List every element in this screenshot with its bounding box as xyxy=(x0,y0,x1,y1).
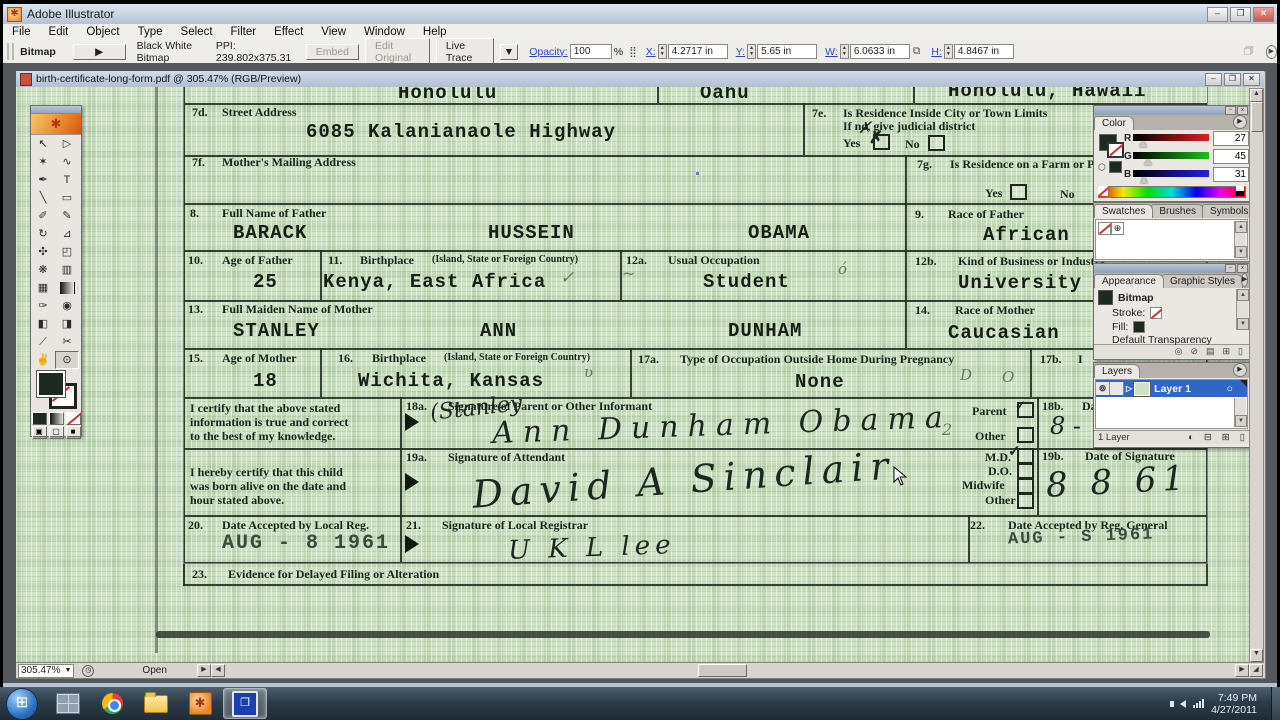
scroll-down-icon[interactable]: ▼ xyxy=(1235,246,1247,258)
tool-live-paint-selection[interactable]: ◨ xyxy=(55,315,79,333)
field-13-label: Full Maiden Name of Mother xyxy=(222,302,373,317)
layer-thumbnail xyxy=(1134,382,1150,396)
appearance-fill-swatch[interactable] xyxy=(1133,321,1145,333)
x-input[interactable]: 4.2717 in xyxy=(668,44,728,59)
field-7e-no-label: No xyxy=(905,137,920,152)
cert-line xyxy=(630,348,632,397)
field-20-value: AUG - 8 1961 xyxy=(222,532,390,555)
field-7e-no: 7e. xyxy=(812,106,826,121)
taskbar-clock[interactable]: 7:49 PM 4/27/2011 xyxy=(1211,692,1257,716)
embed-button[interactable]: Embed xyxy=(306,44,359,60)
document-statusbar: 305.47%▼ ◷ Open ▶ ◀ ▶ ◢ xyxy=(16,662,1264,678)
field-14-no: 14. xyxy=(915,303,930,318)
field-17a-value: None xyxy=(795,371,845,393)
field-17a-label: Type of Occupation Outside Home During P… xyxy=(680,352,954,367)
percent-sign: % xyxy=(614,46,623,58)
brushes-panel-icon[interactable]: 🗇 xyxy=(1244,43,1254,61)
field-20-no: 20. xyxy=(188,518,203,533)
field-18a-parent-mark: ✓ xyxy=(1015,398,1026,414)
document-titlebar[interactable]: birth-certificate-long-form.pdf @ 305.47… xyxy=(16,71,1264,87)
hscroll-thumb[interactable] xyxy=(698,664,747,677)
field-15-label: Age of Mother xyxy=(222,351,297,366)
field-7e-no-checkbox xyxy=(928,135,945,151)
field-7g-no-label: No xyxy=(1060,187,1075,202)
panel-minimize-icon[interactable]: – xyxy=(1225,264,1236,273)
layer-expand-icon[interactable]: ▷ xyxy=(1126,384,1132,393)
vertical-scrollbar[interactable]: ▲ ▼ xyxy=(1249,88,1264,663)
tool-blend[interactable]: ◉ xyxy=(55,297,79,315)
field-23-label: Evidence for Delayed Filing or Alteratio… xyxy=(228,567,439,582)
menu-select[interactable]: Select xyxy=(172,25,222,39)
layer-name[interactable]: Layer 1 xyxy=(1154,383,1191,395)
field-18a-other-label: Other xyxy=(975,429,1006,444)
reduce-to-basic-icon[interactable]: ▤ xyxy=(1206,346,1215,357)
layer-target-icon[interactable]: ○ xyxy=(1227,383,1233,395)
selection-bottom-edge xyxy=(183,563,1208,564)
swatch-registration[interactable]: ⊕ xyxy=(1111,222,1124,235)
field-19a-midwife-label: Midwife xyxy=(962,478,1005,493)
field-9-label: Race of Father xyxy=(948,207,1024,222)
resize-grip[interactable]: ◢ xyxy=(1249,664,1263,677)
cert-line xyxy=(905,155,907,348)
panel-close-icon[interactable]: x xyxy=(1237,264,1248,273)
field-19a-midwife-checkbox xyxy=(1017,478,1034,494)
pencil-mark: 2 xyxy=(942,420,952,439)
field-17a-no: 17a. xyxy=(638,352,659,367)
tool-gradient[interactable] xyxy=(59,282,75,294)
cert-statement-2-line3: hour stated above. xyxy=(190,493,284,508)
scan-left-edge xyxy=(155,87,158,653)
color-mode-icon[interactable]: ⬡ xyxy=(1098,162,1106,173)
y-label[interactable]: Y: xyxy=(736,46,745,58)
field-16-label2: (Island, State or Foreign Country) xyxy=(444,352,590,363)
appearance-stroke-swatch[interactable] xyxy=(1150,307,1162,319)
tab-swatches[interactable]: Swatches xyxy=(1094,204,1153,218)
tab-color[interactable]: Color xyxy=(1094,116,1134,130)
field-15-no: 15. xyxy=(188,351,203,366)
signature-arrow-icon xyxy=(405,413,419,431)
scroll-up-icon[interactable]: ▲ xyxy=(1237,289,1249,301)
field-18b-value: 8 - xyxy=(1050,412,1081,440)
field-21-label: Signature of Local Registrar xyxy=(442,518,588,533)
doc-minimize-button[interactable]: – xyxy=(1205,73,1222,86)
h-label[interactable]: H: xyxy=(931,46,942,58)
field-11-no: 11. xyxy=(328,253,342,268)
app-title: Adobe Illustrator xyxy=(27,7,114,21)
field-17b-no: 17b. xyxy=(1040,352,1062,367)
color-flyout-icon[interactable]: ▶ xyxy=(1233,115,1247,129)
selection-anchor-point xyxy=(696,172,699,175)
tool-pen[interactable]: ✒ xyxy=(31,171,55,189)
appearance-item-thumb xyxy=(1098,290,1113,305)
tool-rotate[interactable]: ↻ xyxy=(31,225,55,243)
field-8-last: OBAMA xyxy=(748,222,810,244)
zoom-level-select[interactable]: 305.47%▼ xyxy=(18,664,74,678)
tool-hand[interactable]: ✌ xyxy=(31,351,55,369)
show-desktop-button[interactable] xyxy=(1271,687,1280,720)
layers-panel: Layers ▶ ⊚ ▷ Layer 1 ○ ▼ 1 Layer ◐ ⊟ ⊞ ▯ xyxy=(1093,362,1250,448)
field-17b-label: I xyxy=(1078,352,1083,367)
scroll-up-icon[interactable]: ▲ xyxy=(1235,221,1247,233)
cert-line xyxy=(1037,397,1039,515)
tool-paintbrush[interactable]: ✐ xyxy=(31,207,55,225)
edit-original-button[interactable]: Edit Original xyxy=(365,38,430,66)
pencil-mark: O xyxy=(1002,368,1014,386)
layers-flyout-icon[interactable]: ▶ xyxy=(1233,363,1247,377)
trace-preset-label: Black White Bitmap xyxy=(137,40,208,64)
appearance-panel-header: – x xyxy=(1094,264,1249,273)
appearance-transparency-label[interactable]: Default Transparency xyxy=(1112,334,1212,346)
field-12a-value: Student xyxy=(703,271,790,293)
scroll-down-icon[interactable]: ▼ xyxy=(1235,415,1247,427)
color-panel-header: – x xyxy=(1094,106,1249,115)
y-stepper[interactable]: ▲▼ xyxy=(747,44,756,59)
tool-rectangle[interactable]: ▭ xyxy=(55,189,79,207)
mouse-cursor xyxy=(893,466,907,486)
field-12b-no: 12b. xyxy=(915,254,937,269)
screen-mode-normal-button[interactable]: ▣ xyxy=(32,426,47,439)
illustrator-taskbar-icon: ✱ xyxy=(189,692,212,715)
live-trace-button[interactable]: Live Trace xyxy=(436,38,494,66)
link-dimensions-icon[interactable]: ⧉ xyxy=(913,45,921,58)
capture-app-icon: ❐ xyxy=(232,691,258,717)
toolbox-dragbar[interactable] xyxy=(31,106,81,114)
create-sublayer-icon[interactable]: ⊟ xyxy=(1204,432,1212,443)
pencil-mark: ✓ xyxy=(560,268,574,288)
field-19a-md-mark: ✓ xyxy=(1008,442,1021,461)
tool-graph[interactable]: ▥ xyxy=(55,261,79,279)
cert-line xyxy=(320,250,322,300)
tool-magic-wand[interactable]: ✶ xyxy=(31,153,55,171)
cert-line xyxy=(183,250,1207,252)
spectrum-bw-swatch[interactable] xyxy=(1236,186,1244,196)
control-bar: Bitmap ▶ Black White Bitmap PPI: 239.802… xyxy=(3,40,1277,64)
chrome-icon xyxy=(102,693,123,714)
spectrum-none-swatch[interactable] xyxy=(1098,186,1109,196)
color-stroke-swatch[interactable] xyxy=(1107,142,1124,158)
tool-symbol-sprayer[interactable]: ❋ xyxy=(31,261,55,279)
y-input[interactable]: 5.65 in xyxy=(757,44,817,59)
field-18a-no: 18a. xyxy=(406,399,427,414)
new-art-maintains-icon[interactable]: ◎ xyxy=(1175,346,1183,357)
field-7d-value: 6085 Kalanianaole Highway xyxy=(306,121,616,143)
maximize-button[interactable]: ❐ xyxy=(1230,7,1251,22)
field-19a-no: 19a. xyxy=(406,450,427,465)
field-13-last: DUNHAM xyxy=(728,320,802,342)
taskbar-illustrator[interactable]: ✱ xyxy=(179,689,221,718)
network-icon[interactable] xyxy=(1193,699,1204,708)
b-label: B xyxy=(1124,169,1131,180)
doc-close-button[interactable]: ✕ xyxy=(1243,73,1260,86)
hscroll-left-icon[interactable]: ◀ xyxy=(211,664,225,677)
tool-eyedropper[interactable]: ✑ xyxy=(31,297,55,315)
field-8-middle: HUSSEIN xyxy=(488,222,575,244)
h-input[interactable]: 4.8467 in xyxy=(954,44,1014,59)
field-7d-no: 7d. xyxy=(192,105,208,120)
cert-statement-2-line2: was born alive on the date and xyxy=(190,479,346,494)
illustrator-logo-icon: ✱ xyxy=(31,114,81,135)
scroll-up-icon[interactable]: ▲ xyxy=(1250,89,1263,102)
r-label: R xyxy=(1124,133,1131,144)
status-flyout-icon[interactable]: ▶ xyxy=(197,664,211,677)
doc-maximize-button[interactable]: ❐ xyxy=(1224,73,1241,86)
x-label[interactable]: X: xyxy=(646,46,656,58)
live-trace-presets-arrow[interactable]: ▼ xyxy=(500,44,518,60)
field-19b-value: 8 8 61 xyxy=(1045,458,1191,505)
cert-line xyxy=(1030,348,1032,397)
document-title: birth-certificate-long-form.pdf @ 305.47… xyxy=(36,73,301,85)
vscroll-thumb[interactable] xyxy=(1251,102,1263,132)
cert-line xyxy=(183,348,1207,350)
field-13-middle: ANN xyxy=(480,320,517,342)
field-18a-other-checkbox xyxy=(1017,427,1034,443)
cert-line xyxy=(183,584,1207,586)
field-7f-no: 7f. xyxy=(192,155,205,170)
field-16-value: Wichita, Kansas xyxy=(358,370,544,392)
panel-close-icon[interactable]: x xyxy=(1237,106,1248,115)
make-clipping-mask-icon[interactable]: ◐ xyxy=(1188,432,1194,443)
tool-slice[interactable]: ⟋ xyxy=(31,333,55,351)
color-mode-button[interactable] xyxy=(32,412,47,425)
tool-direct-selection[interactable]: ▷ xyxy=(55,135,79,153)
pdf-doc-icon xyxy=(20,73,32,86)
appearance-panel: – x Appearance Graphic Styles ▶ Bitmap S… xyxy=(1093,263,1250,360)
field-8-first: BARACK xyxy=(233,222,307,244)
clock-date: 4/27/2011 xyxy=(1211,704,1257,716)
g-label: G xyxy=(1124,151,1132,162)
appearance-stroke-label: Stroke: xyxy=(1112,307,1145,319)
menu-filter[interactable]: Filter xyxy=(222,25,266,39)
menu-type[interactable]: Type xyxy=(129,25,172,39)
cert-line xyxy=(320,348,322,397)
screen-mode-full-button[interactable]: ■ xyxy=(66,426,81,439)
field-21-no: 21. xyxy=(406,518,421,533)
layer-count: 1 Layer xyxy=(1098,432,1130,443)
tool-scissors[interactable]: ✂ xyxy=(55,333,79,351)
gradient-mode-button[interactable] xyxy=(49,412,64,425)
cert-statement-2-line1: I hereby certify that this child xyxy=(190,465,343,480)
swatches-panel: Swatches Brushes Symbols ▶ ⊕ ▲ ▼ xyxy=(1093,202,1250,262)
field-7g-yes-label: Yes xyxy=(985,186,1002,201)
g-slider[interactable] xyxy=(1133,152,1209,159)
utility-app-icon xyxy=(56,693,80,714)
tool-mesh[interactable]: ▦ xyxy=(31,279,55,297)
cert-line xyxy=(183,103,1207,105)
layer-lock-toggle[interactable] xyxy=(1110,382,1124,395)
cert-line xyxy=(183,203,1207,205)
pencil-mark: ~ xyxy=(622,264,635,283)
none-mode-button[interactable] xyxy=(66,412,81,425)
minimize-button[interactable]: – xyxy=(1207,7,1228,22)
taskbar-explorer[interactable] xyxy=(135,689,177,718)
delete-layer-icon[interactable]: ▯ xyxy=(1240,432,1245,443)
clear-appearance-icon[interactable]: ⊘ xyxy=(1190,346,1198,357)
cert-line xyxy=(657,87,659,103)
w-stepper[interactable]: ▲▼ xyxy=(840,44,849,59)
pencil-mark: ó xyxy=(838,260,847,278)
controlbar-flyout-icon[interactable]: ▶ xyxy=(1266,45,1277,59)
start-button[interactable]: ⊞ xyxy=(6,688,38,720)
field-21-signature: U K L lee xyxy=(508,530,676,566)
menu-object[interactable]: Object xyxy=(77,25,128,39)
signature-arrow-icon xyxy=(405,535,419,553)
flyout-button[interactable]: ▶ xyxy=(73,44,126,60)
menu-effect[interactable]: Effect xyxy=(265,25,312,39)
b-slider[interactable] xyxy=(1133,170,1209,177)
field-9-no: 9. xyxy=(915,207,924,222)
cert-line xyxy=(803,103,805,155)
cert-line xyxy=(913,87,915,103)
signature-arrow-icon xyxy=(405,473,419,491)
selected-object-type: Bitmap xyxy=(20,46,56,58)
clock-time: 7:49 PM xyxy=(1211,692,1257,704)
g-value[interactable]: 45 xyxy=(1213,149,1249,164)
field-7e-yes-label: Yes xyxy=(843,136,860,151)
tool-lasso[interactable]: ∿ xyxy=(55,153,79,171)
field-11-label2: (Island, State or Foreign Country) xyxy=(432,254,578,265)
cert-line xyxy=(400,397,402,562)
field-10-no: 10. xyxy=(188,253,203,268)
field-12b-label: Kind of Business or Industry xyxy=(958,254,1106,269)
layer-row[interactable]: ⊚ ▷ Layer 1 ○ xyxy=(1096,380,1247,397)
reference-point-icon[interactable]: ⣿ xyxy=(629,46,636,58)
cert-line xyxy=(183,515,1207,517)
field-14-value: Caucasian xyxy=(948,322,1060,344)
menu-edit[interactable]: Edit xyxy=(40,25,78,39)
color-panel: – x Color ▶ ⬡ R 27 G 45 B 31 xyxy=(1093,105,1250,202)
field-12a-label: Usual Occupation xyxy=(668,253,760,268)
tool-free-transform[interactable]: ◰ xyxy=(55,243,79,261)
menu-bar: File Edit Object Type Select Filter Effe… xyxy=(3,24,1277,41)
field-19a-label: Signature of Attendant xyxy=(448,450,565,465)
field-19a-other-checkbox xyxy=(1017,493,1034,509)
taskbar-app-1[interactable] xyxy=(47,689,89,718)
appearance-item-label[interactable]: Bitmap xyxy=(1118,292,1154,304)
layer-selection-corner xyxy=(1240,380,1247,387)
ppi-label: PPI: 239.802x375.31 xyxy=(216,40,293,64)
scroll-down-icon[interactable]: ▼ xyxy=(1237,318,1249,330)
selection-left-edge xyxy=(183,87,184,564)
field-22-no: 22. xyxy=(970,518,985,533)
scroll-down-icon[interactable]: ▼ xyxy=(1250,649,1263,662)
create-new-layer-icon[interactable]: ⊞ xyxy=(1222,432,1230,443)
field-8-no: 8. xyxy=(190,206,199,221)
r-slider[interactable] xyxy=(1133,134,1209,141)
toolbox-palette: ✱ ↖ ▷ ✶ ∿ ✒ T ╲ ▭ ✐ ✎ ↻ ⊿ ✣ ◰ ❋ ▥ ▦ ✑ ◉ … xyxy=(30,105,82,437)
tool-selection[interactable]: ↖ xyxy=(31,135,55,153)
color-spectrum-bar[interactable] xyxy=(1098,186,1246,198)
field-9-value: African xyxy=(983,224,1070,246)
x-stepper[interactable]: ▲▼ xyxy=(658,44,667,59)
cert-statement-1-line3: to the best of my knowledge. xyxy=(190,429,335,444)
tab-graphic-styles[interactable]: Graphic Styles xyxy=(1162,274,1243,288)
tool-zoom[interactable]: ⊙ xyxy=(55,351,79,369)
folder-icon xyxy=(144,695,168,713)
field-19a-do-label: D.O. xyxy=(988,464,1012,479)
field-13-no: 13. xyxy=(188,302,203,317)
field-11-label: Birthplace xyxy=(360,253,414,268)
field-7g-yes-checkbox xyxy=(1010,184,1027,200)
cert-statement-1-line1: I certify that the above stated xyxy=(190,401,340,416)
field-19b-no: 19b. xyxy=(1042,449,1064,464)
panel-minimize-icon[interactable]: – xyxy=(1225,106,1236,115)
close-button[interactable]: ✕ xyxy=(1253,7,1274,22)
color-preview-swatch xyxy=(1109,161,1122,173)
field-19a-other-label: Other xyxy=(985,493,1016,508)
duplicate-item-icon[interactable]: ⊞ xyxy=(1223,346,1231,357)
volume-icon[interactable] xyxy=(1180,700,1186,708)
w-input[interactable]: 6.0633 in xyxy=(850,44,910,59)
controlbar-grip[interactable] xyxy=(7,43,14,60)
pencil-mark: D xyxy=(960,366,972,384)
tool-line-segment[interactable]: ╲ xyxy=(31,189,55,207)
w-label[interactable]: W: xyxy=(825,46,838,58)
screen-mode-menu-button[interactable]: ▢ xyxy=(49,426,64,439)
tool-scale[interactable]: ⊿ xyxy=(55,225,79,243)
tool-live-paint-bucket[interactable]: ◧ xyxy=(31,315,55,333)
menu-view[interactable]: View xyxy=(312,25,355,39)
delete-item-icon[interactable]: ▯ xyxy=(1238,346,1243,357)
field-16-no: 16. xyxy=(338,351,353,366)
scan-bottom-edge xyxy=(156,631,1210,638)
appearance-fill-label: Fill: xyxy=(1112,321,1128,333)
opacity-input[interactable]: 100 xyxy=(570,44,612,59)
cert-statement-1-line2: information is true and correct xyxy=(190,415,348,430)
field-7d-label: Street Address xyxy=(222,105,297,120)
tool-type[interactable]: T xyxy=(55,171,79,189)
taskbar: ⊞ ✱ ❐ 7:49 PM 4/27/2011 xyxy=(0,687,1280,720)
field-23-no: 23. xyxy=(192,567,207,582)
field-10-value: 25 xyxy=(253,271,278,293)
field-7f-label: Mother's Mailing Address xyxy=(222,155,356,170)
hscroll-right-icon[interactable]: ▶ xyxy=(1235,664,1249,677)
field-20-label: Date Accepted by Local Reg. xyxy=(222,518,369,533)
field-12b-value: University xyxy=(958,272,1082,294)
r-value[interactable]: 27 xyxy=(1213,131,1249,146)
status-clock-icon: ◷ xyxy=(82,665,94,677)
tab-brushes[interactable]: Brushes xyxy=(1151,204,1204,218)
fill-swatch[interactable] xyxy=(37,371,65,397)
h-stepper[interactable]: ▲▼ xyxy=(944,44,953,59)
pencil-mark: ʋ xyxy=(584,363,593,381)
field-8-label: Full Name of Father xyxy=(222,206,326,221)
tab-appearance[interactable]: Appearance xyxy=(1094,274,1164,288)
field-13-first: STANLEY xyxy=(233,320,320,342)
app-titlebar[interactable]: ✱ Adobe Illustrator – ❐ ✕ xyxy=(3,4,1277,24)
field-10-label: Age of Father xyxy=(222,253,293,268)
tool-pencil[interactable]: ✎ xyxy=(55,207,79,225)
tab-layers[interactable]: Layers xyxy=(1094,364,1140,378)
swatch-none[interactable] xyxy=(1098,222,1111,235)
appearance-flyout-icon[interactable]: ▶ xyxy=(1241,273,1248,287)
taskbar-active-app[interactable]: ❐ xyxy=(223,688,267,719)
field-18a-parent-label: Parent xyxy=(972,404,1006,419)
field-16-label: Birthplace xyxy=(372,351,426,366)
ink-smudge: ✗ xyxy=(858,118,871,137)
field-7g-no: 7g. xyxy=(917,157,932,172)
field-14-label: Race of Mother xyxy=(955,303,1035,318)
status-readout[interactable]: Open xyxy=(142,665,166,676)
tool-warp[interactable]: ✣ xyxy=(31,243,55,261)
field-11-value: Kenya, East Africa xyxy=(323,271,546,293)
layer-visibility-icon[interactable]: ⊚ xyxy=(1096,382,1110,395)
b-value[interactable]: 31 xyxy=(1213,167,1249,182)
menu-file[interactable]: File xyxy=(3,25,40,39)
field-15-value: 18 xyxy=(253,370,278,392)
illustrator-app-icon: ✱ xyxy=(7,7,22,22)
opacity-label[interactable]: Opacity: xyxy=(529,46,568,58)
taskbar-chrome[interactable] xyxy=(91,689,133,718)
